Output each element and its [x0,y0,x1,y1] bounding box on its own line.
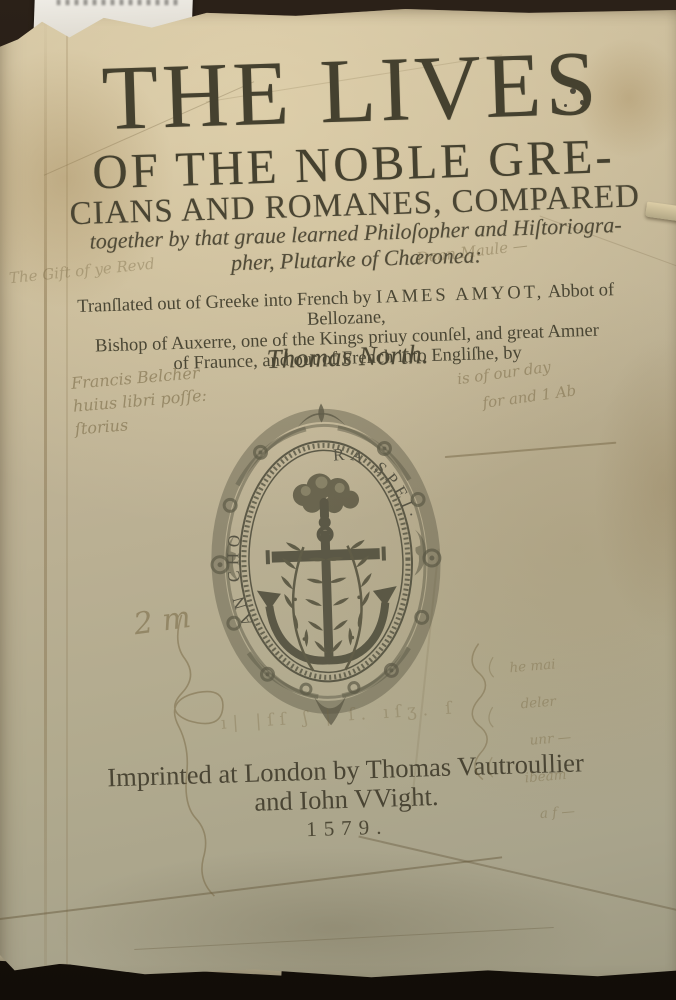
pen-underline [445,442,617,458]
margin-word: a f — [538,793,579,833]
title-page-leaf: THE LIVES OF THE NOBLE GRE- CIANS AND RO… [0,8,676,990]
margin-word: he mai [508,646,567,688]
photo-of-book-title-page: THE LIVES OF THE NOBLE GRE- CIANS AND RO… [0,0,676,1000]
printed-content: THE LIVES OF THE NOBLE GRE- CIANS AND RO… [0,0,676,1000]
pen-squiggle [92,565,323,912]
slip-pencil-scribble [57,0,179,5]
margin-word: unr — [528,719,573,759]
marginalia-scribble [444,636,520,818]
margin-word: deler [519,682,570,723]
translator-french-name: IAMES AMYOT, [376,282,545,307]
ownership-inscription: Francis Belcher huius libri poſſe: ſtori… [70,361,210,441]
margin-word: ibeam [523,756,576,797]
